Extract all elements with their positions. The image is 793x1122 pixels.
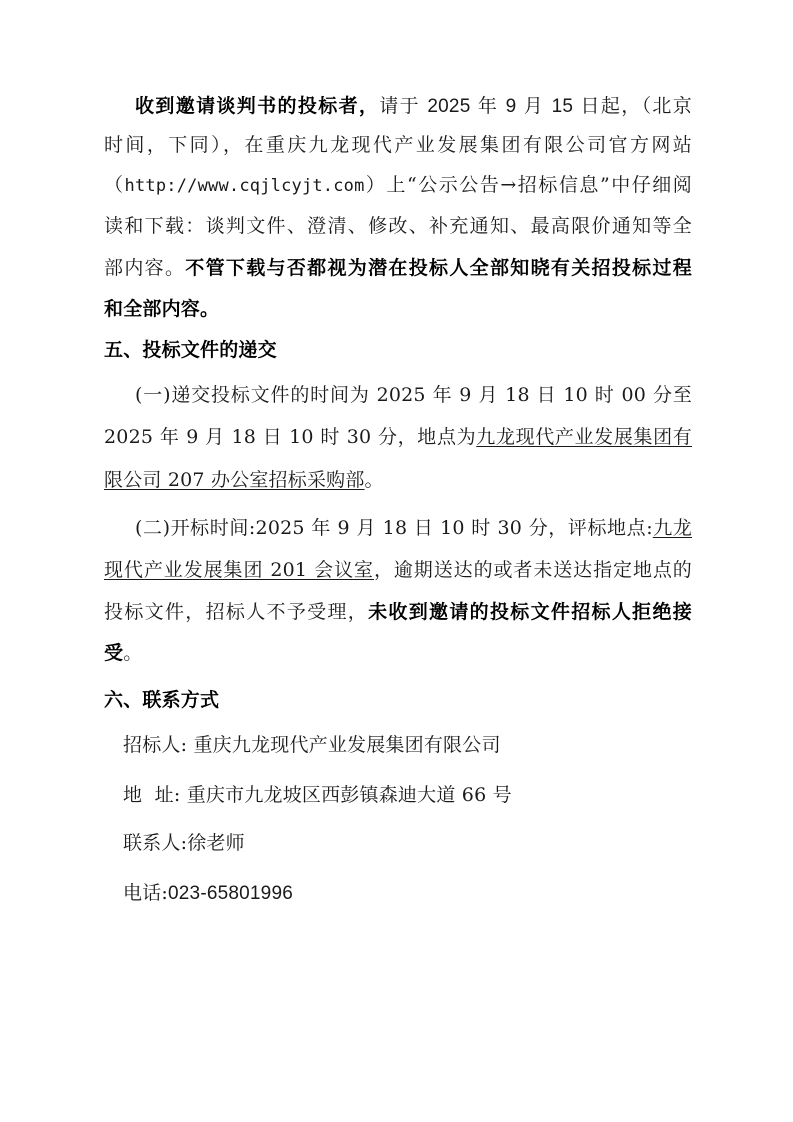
section-heading-5: 五、投标文件的递交: [104, 338, 692, 362]
paragraph-line: 受。: [104, 641, 692, 665]
paragraph-line: 部内容。不管下载与否都视为潜在投标人全部知晓有关招投标过程: [104, 256, 692, 280]
paragraph-line: (二)开标时间:2025 年 9 月 18 日 10 时 30 分，评标地点:九…: [135, 516, 692, 540]
day: 15: [552, 96, 574, 117]
bold-text: 和全部内容。: [104, 298, 219, 320]
contact-phone: 电话:023-65801996: [123, 881, 293, 906]
contact-label: 招标人:: [123, 734, 193, 756]
underlined-location: 限公司 207 办公室招标采购部: [104, 469, 365, 491]
text: 年: [470, 95, 505, 117]
contact-person: 联系人:徐老师: [123, 831, 245, 855]
paragraph-line: (一)递交投标文件的时间为 2025 年 9 月 18 日 10 时 00 分至: [135, 383, 692, 407]
text: 请于: [379, 95, 427, 117]
text: 时间，下同），在重庆九龙现代产业发展集团有限公司官方网站: [104, 134, 692, 156]
text: （: [104, 174, 125, 196]
text: 2025 年 9 月 18 日 10 时 30 分，地点为: [104, 426, 476, 448]
paragraph-line: （http://www.cqjlcyjt.com）上“公示公告→招标信息”中仔细…: [104, 173, 692, 198]
paragraph-line: 投标文件，招标人不予受理，未收到邀请的投标文件招标人拒绝接: [104, 600, 692, 624]
paragraph-line: 时间，下同），在重庆九龙现代产业发展集团有限公司官方网站: [104, 133, 692, 157]
contact-value: 023-65801996: [168, 883, 293, 904]
contact-tenderer: 招标人: 重庆九龙现代产业发展集团有限公司: [123, 733, 501, 757]
bold-text: 未收到邀请的投标文件招标人拒绝接: [368, 601, 692, 623]
bold-text: 不管下载与否都视为潜在投标人全部知晓有关招投标过程: [185, 257, 692, 279]
underlined-location: 九龙: [653, 517, 692, 539]
text: 。: [365, 469, 384, 491]
underlined-location: 九龙现代产业发展集团有: [476, 426, 692, 448]
text: 日起，（北京: [573, 95, 692, 117]
text: 投标文件，招标人不予受理，: [104, 601, 368, 623]
text: 部内容。: [104, 257, 185, 279]
paragraph-line: 限公司 207 办公室招标采购部。: [104, 468, 692, 492]
opening-time-text: (二)开标时间:2025 年 9 月 18 日 10 时 30 分，评标地点:: [135, 517, 653, 539]
section-heading-6: 六、联系方式: [104, 688, 692, 712]
text: 读和下载：谈判文件、澄清、修改、补充通知、最高限价通知等全: [104, 215, 692, 237]
text: ，逾期送达的或者未送达指定地点的: [374, 559, 692, 581]
contact-address: 地 址: 重庆市九龙坡区西彭镇森迪大道 66 号: [123, 783, 512, 807]
contact-label: 联系人:: [123, 832, 187, 854]
website-link[interactable]: http://www.cqjlcyjt.com: [125, 176, 365, 196]
contact-label: 电话:: [123, 882, 168, 904]
contact-value: 徐老师: [187, 832, 245, 854]
paragraph-line: 2025 年 9 月 18 日 10 时 30 分，地点为九龙现代产业发展集团有: [104, 425, 692, 449]
contact-value: 重庆市九龙坡区西彭镇森迪大道 66 号: [187, 784, 512, 806]
month: 9: [506, 96, 517, 117]
bold-text: 收到邀请谈判书的投标者，: [135, 95, 379, 117]
text: 。: [123, 642, 142, 664]
paragraph-line: 读和下载：谈判文件、澄清、修改、补充通知、最高限价通知等全: [104, 214, 692, 238]
document-page: 收到邀请谈判书的投标者，请于 2025 年 9 月 15 日起，（北京 时间，下…: [0, 0, 793, 1122]
paragraph-line: 现代产业发展集团 201 会议室，逾期送达的或者未送达指定地点的: [104, 558, 692, 582]
year: 2025: [427, 96, 470, 117]
bold-text: 受: [104, 642, 123, 664]
contact-value: 重庆九龙现代产业发展集团有限公司: [193, 734, 500, 756]
text: ）上“公示公告→招标信息”中仔细阅: [365, 174, 692, 196]
underlined-location: 现代产业发展集团 201 会议室: [104, 559, 374, 581]
paragraph-line: 收到邀请谈判书的投标者，请于 2025 年 9 月 15 日起，（北京: [135, 94, 692, 119]
submission-time-text: (一)递交投标文件的时间为 2025 年 9 月 18 日 10 时 00 分至: [135, 384, 692, 406]
contact-label: 地 址:: [123, 784, 187, 806]
paragraph-line: 和全部内容。: [104, 297, 692, 321]
text: 月: [516, 95, 551, 117]
